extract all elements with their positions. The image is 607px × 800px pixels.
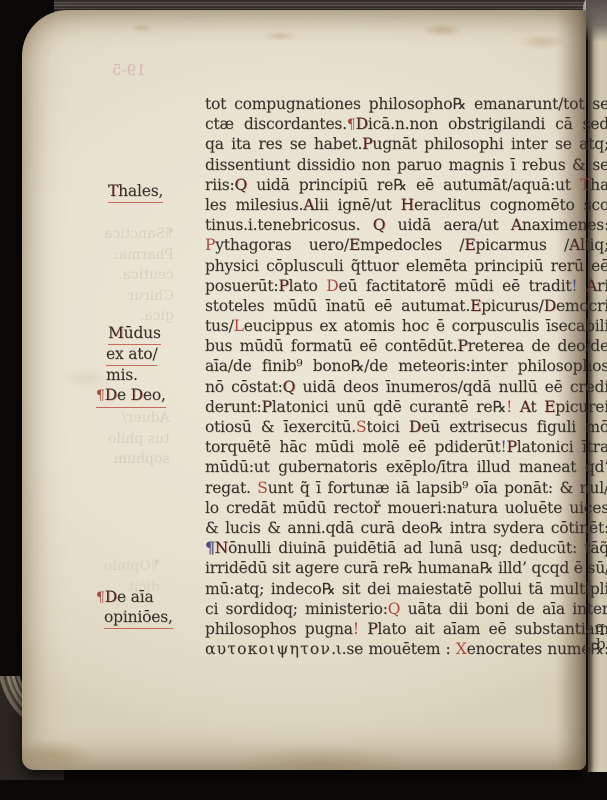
text-line: torquētē hāc mūdi molē eē pdiderūt!Plato… [205, 437, 607, 457]
text-segment: Q [235, 176, 248, 194]
text-segment: E [349, 236, 360, 254]
text-segment: L [234, 317, 244, 335]
text-segment: ri [597, 277, 607, 295]
text-line: tinus.i.tenebricosus. Q uidā aera/ut Ana… [205, 215, 607, 235]
text-segment: A [303, 196, 314, 214]
gutter-shadow [556, 10, 586, 770]
text-segment: ¶ [205, 539, 215, 557]
text-segment: nō cōstat: [205, 378, 283, 396]
text-line: ctæ discordantes.¶Dicā.n.non obstrigilan… [205, 114, 607, 134]
margin-note: ex ato/ [106, 345, 157, 366]
text-segment: D [409, 418, 421, 436]
text-segment: ¶ [96, 590, 105, 606]
show-through-text: ¶SancticaPharma:ceutica.Chirurgica. [104, 224, 174, 327]
text-segment: E [470, 297, 481, 315]
text-segment: hales, [118, 182, 163, 200]
show-through-text: Aduer/tus philosophum [108, 408, 170, 470]
text-line: qa ita res se habet.Pugnāt philosophi in… [205, 134, 607, 154]
text-segment: P [278, 277, 288, 295]
text-segment: tinus.i.tenebricosus. [205, 216, 373, 234]
facing-page-top-shadow [586, 0, 607, 42]
show-through-line: ¶Sanctica [104, 224, 174, 245]
text-segment: D [105, 386, 117, 404]
text-segment: D [131, 386, 143, 404]
show-through-line: Chirur [104, 286, 174, 307]
text-line: αυτοκοιψητον.ι.se mouētem : Xenocrates n… [205, 639, 607, 659]
margin-note: Thales, [108, 182, 163, 203]
text-line: riis:Q uidā principiū re℞ eē autumāt/aqu… [205, 175, 607, 195]
text-segment: ¶ [347, 117, 356, 133]
text-segment: latonici unū qdē curantē re℞ [272, 398, 506, 416]
text-segment: ¶ [96, 388, 105, 404]
text-line: lo credāt mūdū rectoř moueri:natura uolu… [205, 498, 607, 518]
text-segment: e [117, 386, 131, 404]
text-segment: .ι.se mouētem : [331, 640, 456, 658]
text-segment: P [262, 398, 272, 416]
text-segment: A [586, 277, 597, 295]
text-segment: N [215, 539, 228, 557]
text-segment: ! [353, 620, 359, 638]
text-segment: ythagoras uero/ [215, 236, 349, 254]
text-segment: M [108, 324, 124, 342]
text-line: ¶Nōnulli diuinā puidētiā ad lunā usq; de… [205, 538, 607, 558]
text-line: les milesius.Alii ignē/ut Heraclitus cog… [205, 195, 607, 215]
text-segment: ctæ discordantes. [205, 115, 347, 133]
text-segment: A [520, 398, 531, 416]
text-line: ci sordidoq; ministerio:Q uāta dii boni … [205, 599, 607, 619]
text-line: stoteles mūdū īnatū eē autumat.Epicurus/… [205, 296, 607, 316]
text-line: nō cōstat:Q uidā deos īnumeros/qdā nullū… [205, 377, 607, 397]
text-segment: lii ignē/ut [314, 196, 400, 214]
text-segment: ūdus [124, 324, 161, 342]
text-segment: D [544, 297, 556, 315]
text-segment: mis. [106, 366, 138, 384]
text-segment: mpedocles / [360, 236, 464, 254]
text-line: physici cōplusculi q̃ttuor elemēta princ… [205, 256, 607, 276]
text-line: & lucis & anni.qdā curā deo℞ intra syder… [205, 518, 607, 538]
text-segment: E [544, 398, 555, 416]
text-segment: reterea de deo/de [468, 337, 607, 355]
text-segment: t [530, 398, 544, 416]
show-through-line: Pharma: [104, 245, 174, 266]
text-segment: picurus/ [481, 297, 544, 315]
text-segment: eū factitatorē mūdi eē tradit [338, 277, 571, 295]
text-segment: stoteles mūdū īnatū eē autumat. [205, 297, 470, 315]
text-segment: Q [283, 378, 296, 396]
text-segment: posuerūt: [205, 277, 278, 295]
text-segment: P [367, 620, 377, 638]
margin-note: ¶De Deo, [96, 386, 166, 408]
show-through-line: sophum [108, 449, 170, 470]
text-segment: torquētē hāc mūdi molē eē pdiderūt [205, 438, 500, 456]
text-segment: P [507, 438, 517, 456]
text-segment: T [108, 182, 118, 200]
text-segment: irridēdū sit agere curā re℞ humana℞ illd… [205, 559, 607, 577]
text-line: aīa/de finib⁹ bono℞/de meteoris:inter ph… [205, 356, 607, 376]
text-segment: D [356, 115, 368, 133]
text-segment: les milesius. [205, 196, 303, 214]
text-segment: bus mūdū formatū eē contēdūt. [205, 337, 457, 355]
text-segment [359, 620, 367, 638]
text-segment: uidā principiū re℞ eē autumāt/aquā:ut [247, 176, 580, 194]
text-line: mūdū:ut gubernatoris exēplo/ītra illud m… [205, 457, 607, 477]
text-segment: mū:atq; indeco℞ sit dei maiestatē pollui… [205, 580, 607, 598]
text-segment: P [362, 135, 372, 153]
text-line: irridēdū sit agere curā re℞ humana℞ illd… [205, 558, 607, 578]
show-through-line: ¶Opinio [104, 556, 160, 577]
main-text-block: tot compugnationes philosopho℞ emanarunt… [205, 94, 607, 659]
text-segment: mūdū:ut gubernatoris exēplo/ītra illud m… [205, 458, 607, 476]
margin-note: mis. [106, 366, 138, 385]
text-line: mū:atq; indeco℞ sit dei maiestatē pollui… [205, 579, 607, 599]
text-segment: opiniōes, [104, 608, 173, 626]
text-line: Pythagoras uero/Empedocles /Epicarmus /A… [205, 235, 607, 255]
text-segment: A [511, 216, 522, 234]
text-segment: P [457, 337, 467, 355]
text-segment: ha [590, 176, 607, 194]
photographed-book-scene: qb 19-5¶SancticaPharma:ceutica.Chirurgic… [0, 0, 607, 800]
show-through-line: Aduer/ [108, 408, 170, 429]
text-segment: e aīa [117, 588, 154, 606]
text-line: dissentiunt dissidio non paruo magnis ī … [205, 155, 607, 175]
text-segment: riis: [205, 176, 235, 194]
text-segment [512, 398, 520, 416]
text-segment: qa ita res se habet. [205, 135, 362, 153]
text-line: regat. Sunt q̃ ī fortunæ iā lapsib⁹ oīa … [205, 478, 607, 498]
margin-note: Mūdus [108, 324, 161, 345]
text-line: derunt:Platonici unū qdē curantē re℞! At… [205, 397, 607, 417]
text-segment: tot compugnationes philosopho℞ emanarunt… [205, 95, 607, 113]
text-segment: lo credāt mūdū rectoř moueri:natura uolu… [205, 499, 607, 517]
text-line: posuerūt:Plato Deū factitatorē mūdi eē t… [205, 276, 607, 296]
text-segment: otiosū & īexercitū. [205, 418, 356, 436]
text-segment: physici cōplusculi q̃ttuor elemēta princ… [205, 257, 607, 275]
text-segment: S [257, 479, 267, 497]
text-segment: & lucis & anni.qdā curā deo℞ intra syder… [205, 519, 607, 537]
text-line: otiosū & īexercitū.Stoici Deū extrisecus… [205, 417, 607, 437]
margin-note: ¶De aīa [96, 588, 154, 608]
text-segment: dissentiunt dissidio non paruo magnis ī … [205, 156, 607, 174]
text-segment: toici [366, 418, 408, 436]
book-page: 19-5¶SancticaPharma:ceutica.Chirurgica.A… [22, 10, 586, 770]
show-through-line: ceutica. [104, 265, 174, 286]
text-segment: X [456, 640, 467, 658]
text-segment: ōnulli diuinā puidētiā ad lunā usq; dedu… [228, 539, 607, 557]
text-line: tus/Leucippus ex atomis hoc ē corpusculi… [205, 316, 607, 336]
text-segment: aīa/de finib⁹ bono℞/de meteoris:inter ph… [205, 357, 607, 375]
text-segment: E [464, 236, 475, 254]
text-segment: picarmus / [475, 236, 569, 254]
text-segment: ex ato/ [106, 345, 157, 363]
text-segment: eo, [143, 386, 166, 404]
text-segment: derunt: [205, 398, 262, 416]
text-segment: uidā aera/ut [385, 216, 511, 234]
text-segment: lato [289, 277, 327, 295]
text-segment: Q [388, 600, 401, 618]
text-segment: eucippus ex atomis hoc ē corpusculis īse… [244, 317, 607, 335]
text-segment: S [356, 418, 366, 436]
text-segment: H [401, 196, 414, 214]
show-through-line: tus philo [108, 429, 170, 450]
text-segment: P [205, 236, 215, 254]
text-segment: αυτοκοιψητον [205, 640, 331, 658]
text-segment: ci sordidoq; ministerio: [205, 600, 388, 618]
show-through-text: 19-5 [112, 60, 146, 81]
text-segment: philosophos pugna [205, 620, 353, 638]
text-line: philosophos pugna! Plato ait aīam eē sub… [205, 619, 607, 639]
text-line: bus mūdū formatū eē contēdūt.Preterea de… [205, 336, 607, 356]
text-segment: regat. [205, 479, 257, 497]
text-segment: tus/ [205, 317, 234, 335]
margin-note: opiniōes, [104, 608, 173, 629]
text-segment: D [105, 588, 117, 606]
show-through-line: 19-5 [112, 60, 146, 81]
text-segment: D [326, 277, 338, 295]
text-line: tot compugnationes philosopho℞ emanarunt… [205, 94, 607, 114]
text-segment: Q [373, 216, 386, 234]
